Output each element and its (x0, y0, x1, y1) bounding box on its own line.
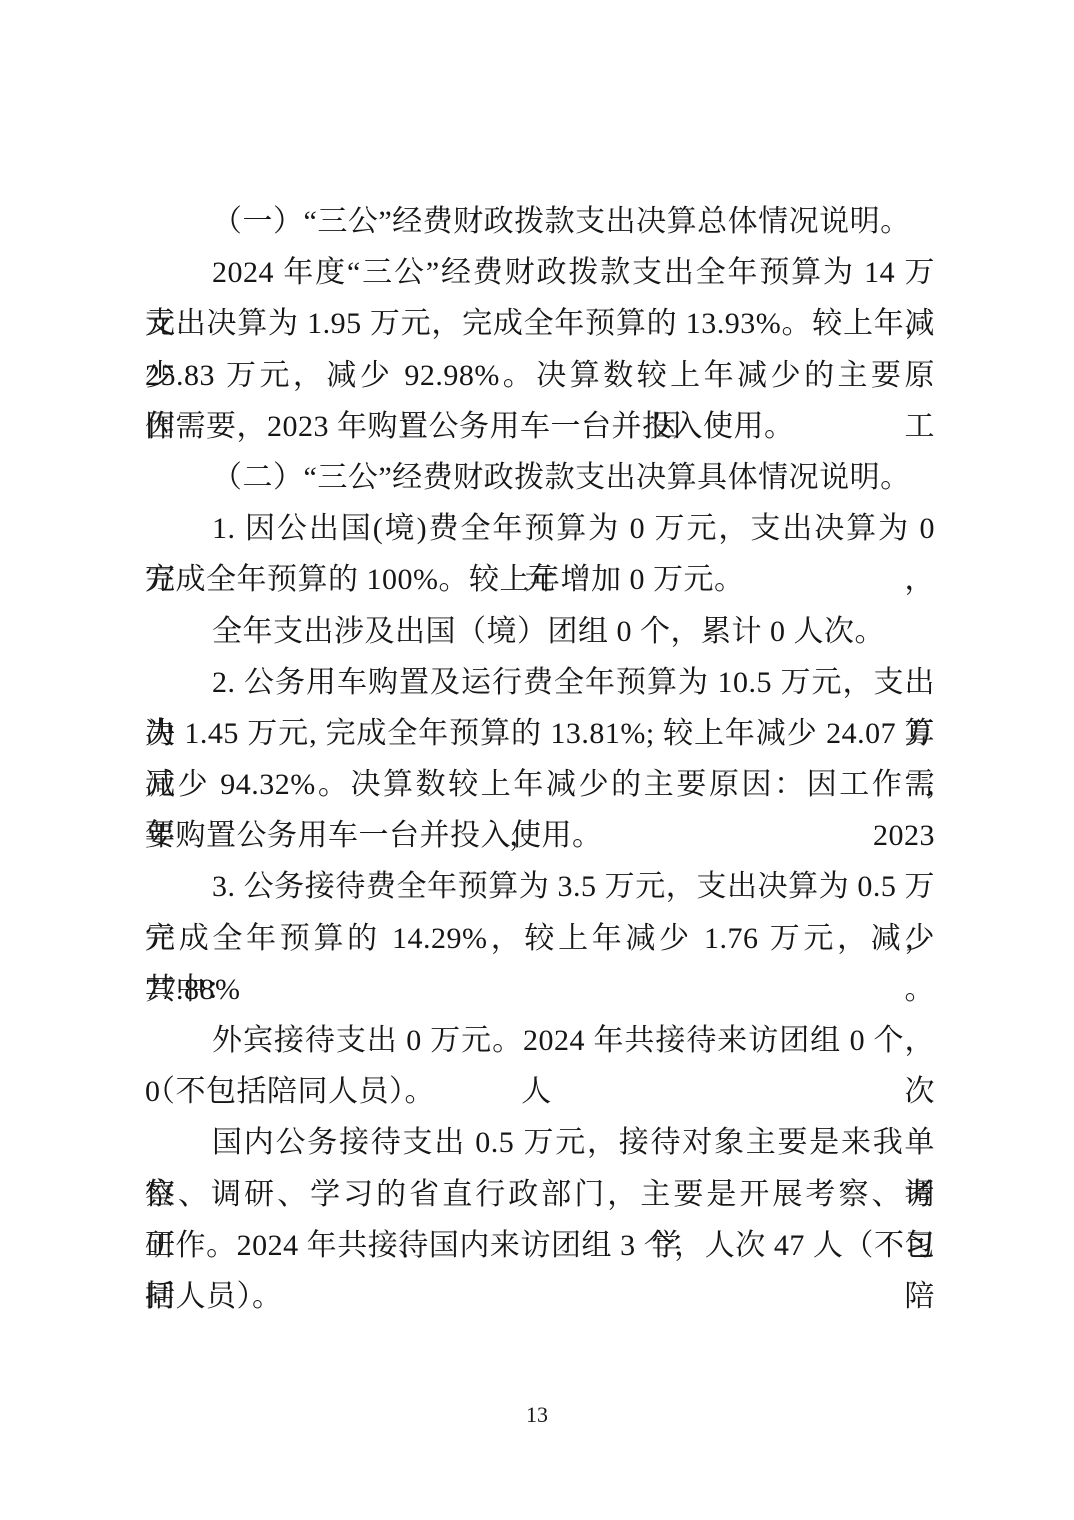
text-line: 3. 公务接待费全年预算为 3.5 万元，支出决算为 0.5 万元， (145, 861, 935, 912)
document-body: （一）“三公”经费财政拨款支出决算总体情况说明。 2024 年度“三公”经费财政… (145, 196, 935, 1322)
text-line: 2024 年度“三公”经费财政拨款支出全年预算为 14 万元， (145, 247, 935, 298)
document-page: （一）“三公”经费财政拨款支出决算总体情况说明。 2024 年度“三公”经费财政… (0, 0, 1074, 1520)
section-heading: （二）“三公”经费财政拨款支出决算具体情况说明。 (145, 452, 935, 503)
text-line: 工作。2024 年共接待国内来访团组 3 个，人次 47 人（不包括陪 (145, 1220, 935, 1271)
text-line: 支出决算为 1.95 万元，完成全年预算的 13.93%。较上年减少 (145, 298, 935, 349)
page-number: 13 (0, 1400, 1074, 1430)
text-line: 为 1.45 万元, 完成全年预算的 13.81%; 较上年减少 24.07 万… (145, 708, 935, 759)
text-line: 外宾接待支出 0 万元。2024 年共接待来访团组 0 个，0 人次 (145, 1015, 935, 1066)
text-line: 完成全年预算的 14.29%，较上年减少 1.76 万元，减少 77.88%。 (145, 913, 935, 964)
text-line: 国内公务接待支出 0.5 万元，接待对象主要是来我单位考 (145, 1117, 935, 1168)
text-line: 2. 公务用车购置及运行费全年预算为 10.5 万元，支出决算 (145, 657, 935, 708)
text-line: 全年支出涉及出国（境）团组 0 个，累计 0 人次。 (145, 606, 935, 657)
text-line: 1. 因公出国(境)费全年预算为 0 万元，支出决算为 0 万元， (145, 503, 935, 554)
text-line: 察、调研、学习的省直行政部门，主要是开展考察、调研、学习 (145, 1169, 935, 1220)
section-heading: （一）“三公”经费财政拨款支出决算总体情况说明。 (145, 196, 935, 247)
text-line: 减少 94.32%。决算数较上年减少的主要原因：因工作需要，2023 (145, 759, 935, 810)
text-line: 25.83 万元，减少 92.98%。决算数较上年减少的主要原因：因工 (145, 350, 935, 401)
